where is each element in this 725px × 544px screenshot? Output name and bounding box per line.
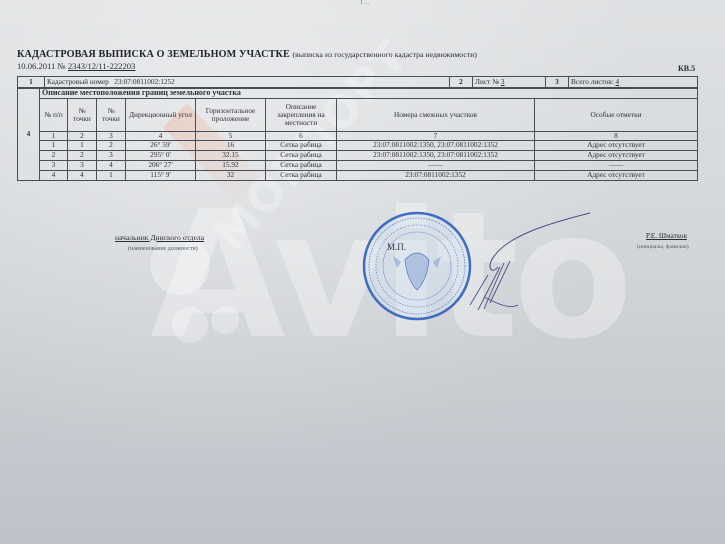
column-number: 7 (337, 131, 535, 140)
title-main: КАДАСТРОВАЯ ВЫПИСКА О ЗЕМЕЛЬНОМ УЧАСТКЕ (17, 49, 290, 60)
table-cell: 295° 0' (126, 150, 196, 160)
table-cell: Адрес отсутствует (535, 150, 698, 160)
column-header: № точки (97, 98, 126, 131)
table-cell: 2 (40, 150, 68, 160)
sheet-value: 3 (501, 77, 505, 86)
table-cell: 23:07:0811002:1352 (337, 170, 535, 180)
table-cell: Сетка рабица (266, 170, 337, 180)
table-cell: 4 (40, 170, 68, 180)
total-label: Всего листов: (571, 77, 614, 86)
watermark-dots-icon (150, 225, 240, 345)
handwritten-signature-icon (440, 205, 600, 315)
header-table: 1 Кадастровый номер 23:07:0811002:1252 2… (17, 76, 698, 88)
column-number: 6 (266, 131, 337, 140)
table-cell: Адрес отсутствует (535, 170, 698, 180)
table-cell: 32.15 (196, 150, 266, 160)
cadastral-number-cell: Кадастровый номер 23:07:0811002:1252 (45, 77, 450, 88)
column-number: 5 (196, 131, 266, 140)
table-cell: 26° 59' (126, 140, 196, 150)
signer-name-caption: (инициалы, фамилия) (637, 244, 689, 250)
column-number: 3 (97, 131, 126, 140)
table-cell: 206° 27' (126, 160, 196, 170)
cell-num-1: 1 (18, 77, 45, 88)
document-date: 10.06.2011 (17, 61, 55, 71)
table-cell: 15.92 (196, 160, 266, 170)
table-cell: 1 (68, 140, 97, 150)
table-cell: 32 (196, 170, 266, 180)
table-row: 11226° 59'16Сетка рабица23:07:0811002:13… (18, 140, 698, 150)
table-row: 223295° 0'32.15Сетка рабица23:07:0811002… (18, 150, 698, 160)
sheet-cell: Лист № 3 (473, 77, 546, 88)
boundary-table: 4 Описание местоположения границ земельн… (17, 88, 698, 181)
table-cell: 4 (68, 170, 97, 180)
table-cell: 4 (97, 160, 126, 170)
number-prefix: № (58, 61, 66, 71)
column-header: Дирекционный угол (126, 98, 196, 131)
sheet-label: Лист № (475, 77, 499, 86)
table-cell: 3 (68, 160, 97, 170)
signer-name: Р.Е. Шматков (646, 232, 687, 240)
section-num: 4 (18, 89, 40, 181)
column-header: Описание закрепления на местности (266, 98, 337, 131)
table-cell: —— (337, 160, 535, 170)
table-cell: Сетка рабица (266, 160, 337, 170)
stamp-mp-label: М.П. (387, 242, 406, 252)
table-cell: 2 (68, 150, 97, 160)
table-row: 334206° 27'15.92Сетка рабица———— (18, 160, 698, 170)
column-header: № п/п (40, 98, 68, 131)
cell-num-2: 2 (450, 77, 473, 88)
table-cell: 23:07:0811002:1350, 23:07:0811002:1352 (337, 150, 535, 160)
table-row: 441115° 9'32Сетка рабица23:07:0811002:13… (18, 170, 698, 180)
table-cell: 1 (40, 140, 68, 150)
table-cell: 115° 9' (126, 170, 196, 180)
table-cell: Адрес отсутствует (535, 140, 698, 150)
total-sheets-cell: Всего листов: 4 (569, 77, 698, 88)
form-code: КВ.5 (678, 64, 695, 73)
table-cell: 16 (196, 140, 266, 150)
column-number: 4 (126, 131, 196, 140)
title-subtitle: (выписка из государственного кадастра не… (293, 50, 478, 59)
table-cell: 3 (97, 150, 126, 160)
column-number: 1 (40, 131, 68, 140)
cadastral-label: Кадастровый номер (47, 77, 109, 86)
table-cell: 2 (97, 140, 126, 150)
column-number: 2 (68, 131, 97, 140)
top-mark: 1 ... (360, 0, 369, 6)
table-cell: Сетка рабица (266, 150, 337, 160)
table-cell: 3 (40, 160, 68, 170)
signer-position-caption: (наименование должности) (128, 246, 198, 252)
document-number: 2343/12/11-222203 (68, 61, 135, 71)
table-cell: —— (535, 160, 698, 170)
column-header: Номера смежных участков (337, 98, 535, 131)
table-cell: 1 (97, 170, 126, 180)
total-value: 4 (616, 77, 620, 86)
column-header-row: № п/п№ точки№ точкиДирекционный уголГори… (18, 98, 698, 131)
cadastral-number: 23:07:0811002:1252 (114, 77, 175, 86)
column-number: 8 (535, 131, 698, 140)
document-date-number: 10.06.2011 № 2343/12/11-222203 (17, 61, 135, 71)
column-number-row: 12345678 (18, 131, 698, 140)
document-title: КАДАСТРОВАЯ ВЫПИСКА О ЗЕМЕЛЬНОМ УЧАСТКЕ … (17, 49, 477, 60)
table-cell: Сетка рабица (266, 140, 337, 150)
section-title: Описание местоположения границ земельног… (40, 89, 698, 99)
column-header: № точки (68, 98, 97, 131)
table-cell: 23:07:0811002:1350, 23:07:0811002:1352 (337, 140, 535, 150)
column-header: Особые отметки (535, 98, 698, 131)
cell-num-3: 3 (546, 77, 569, 88)
column-header: Горизонтальное проложение (196, 98, 266, 131)
signer-position: начальник Динского отдела (115, 233, 204, 242)
